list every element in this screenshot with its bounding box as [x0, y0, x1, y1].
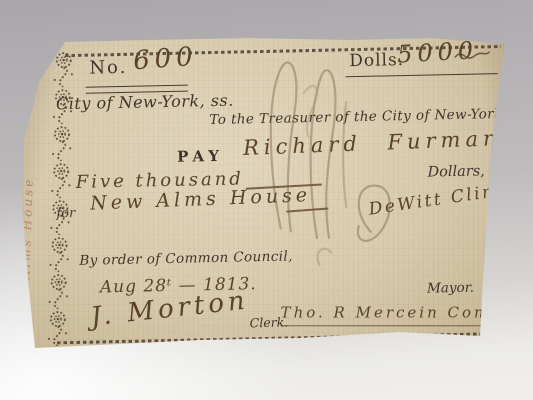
ink-flourish-scribbles	[15, 29, 514, 359]
document-paper: New Alms House No. 600 City of New-York,…	[18, 34, 510, 354]
photo-backdrop: New Alms House No. 600 City of New-York,…	[0, 0, 533, 400]
document-content: New Alms House No. 600 City of New-York,…	[15, 29, 514, 359]
